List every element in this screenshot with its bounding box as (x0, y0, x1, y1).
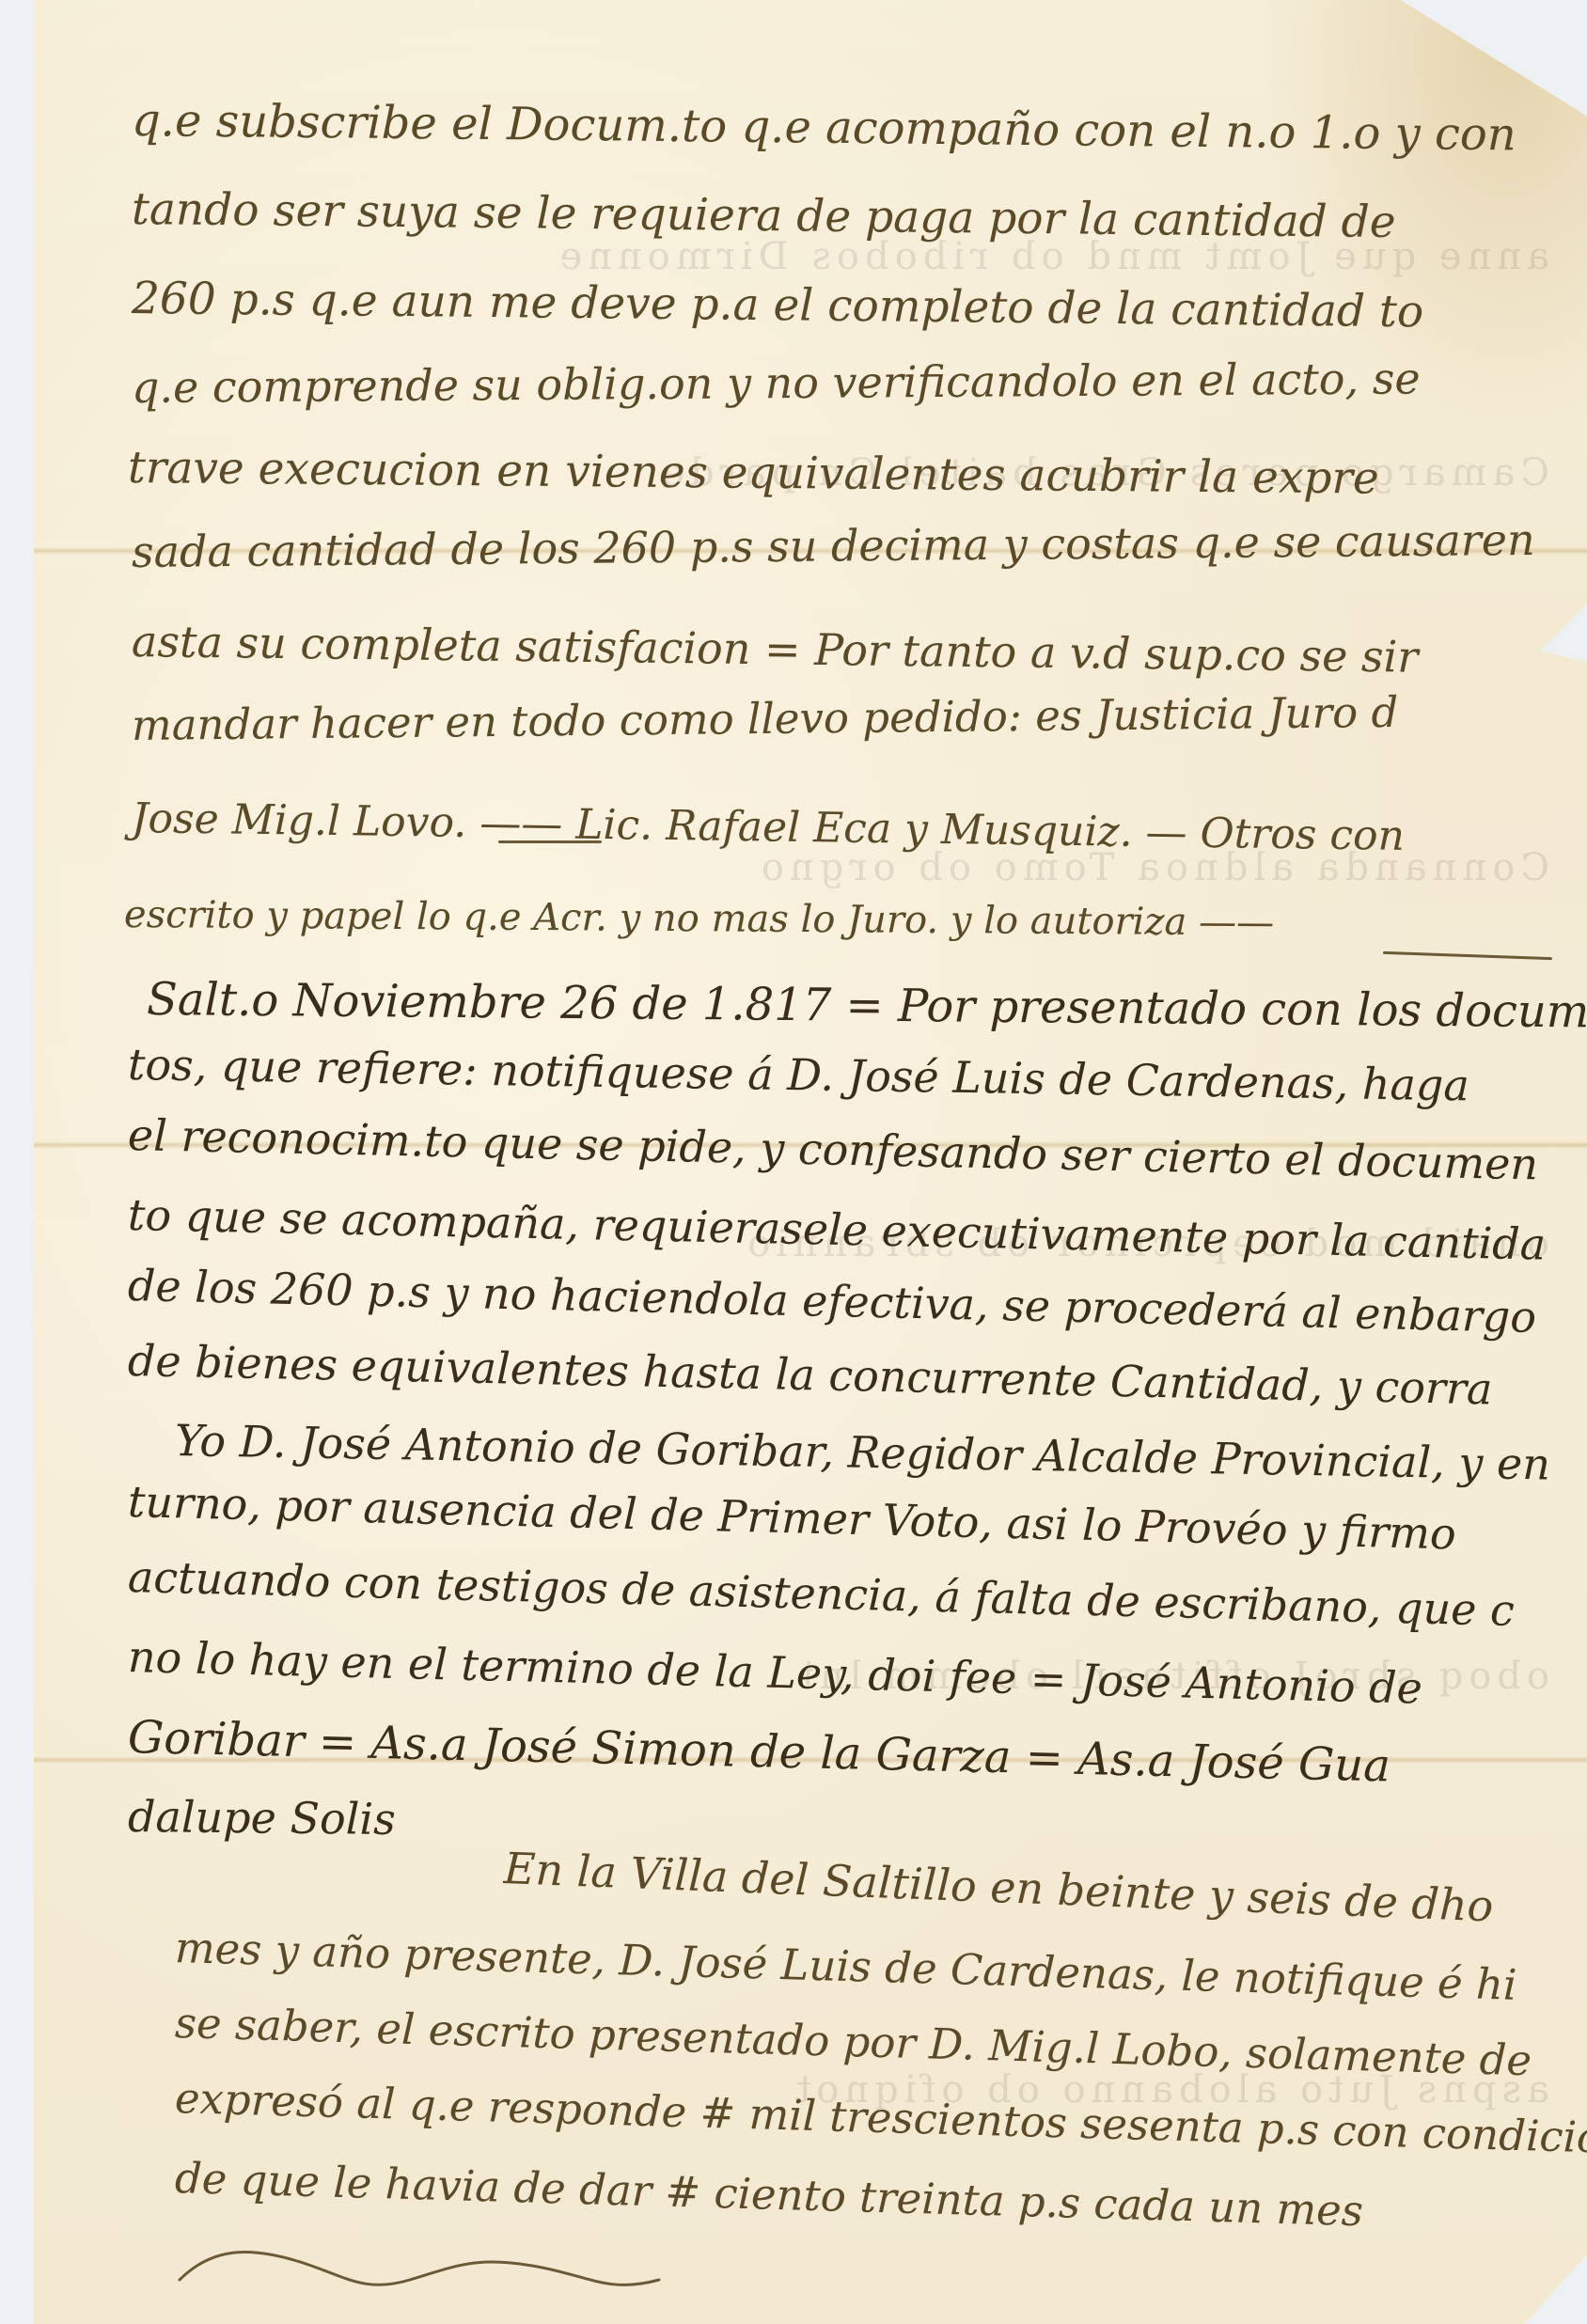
decree-line: Salt.o Noviembre 26 de 1.817 = Por prese… (147, 973, 1587, 1039)
petition-line: asta su completa satisfacion = Por tanto… (132, 616, 1419, 683)
decree-line: Yo D. José Antonio de Goribar, Regidor A… (175, 1415, 1551, 1490)
manuscript-page: anne que Jomt mnd ob ribobos Dirmonne Ca… (34, 0, 1587, 2324)
decree-line: actuando con testigos de asistencia, á f… (127, 1551, 1515, 1636)
dash-rule (1383, 951, 1552, 960)
petition-line: 260 p.s q.e aun me deve p.a el completo … (132, 273, 1424, 338)
petition-line: trave execucion en vienes equivalentes a… (128, 442, 1379, 505)
decree-line: no lo hay en el termino de la Ley, doi f… (127, 1631, 1422, 1714)
petition-line: sada cantidad de los 260 p.s su decima y… (132, 514, 1535, 577)
dash-rule (498, 840, 602, 843)
petition-line: q.e subscribe el Docum.to q.e acompaño c… (132, 94, 1516, 161)
petition-line: mandar hacer en todo como llevo pedido: … (132, 687, 1399, 750)
decree-line: turno, por ausencia del de Primer Voto, … (127, 1476, 1456, 1560)
decree-line: de los 260 p.s y no haciendola efectiva,… (127, 1260, 1536, 1343)
decree-signatures: dalupe Solis (128, 1791, 396, 1845)
closing-flourish-icon (175, 2228, 664, 2294)
decree-line: tos, que refiere: notifiquese á D. José … (128, 1039, 1470, 1110)
decree-signatures: Goribar = As.a José Simon de la Garza = … (127, 1711, 1391, 1792)
notification-line: de que le havia de dar # ciento treinta … (174, 2153, 1363, 2236)
decree-line: de bienes equivalentes hasta la concurre… (127, 1335, 1493, 1414)
notification-line: En la Villa del Saltillo en beinte y sei… (503, 1843, 1494, 1931)
notification-line: mes y año presente, D. José Luis de Card… (174, 1923, 1517, 2010)
decree-line: el reconocim.to que se pide, y confesand… (127, 1109, 1538, 1189)
petition-line: escrito y papel lo q.e Acr. y no mas lo … (124, 893, 1274, 945)
petition-line: q.e comprende su oblig.on y no verifican… (132, 353, 1421, 413)
